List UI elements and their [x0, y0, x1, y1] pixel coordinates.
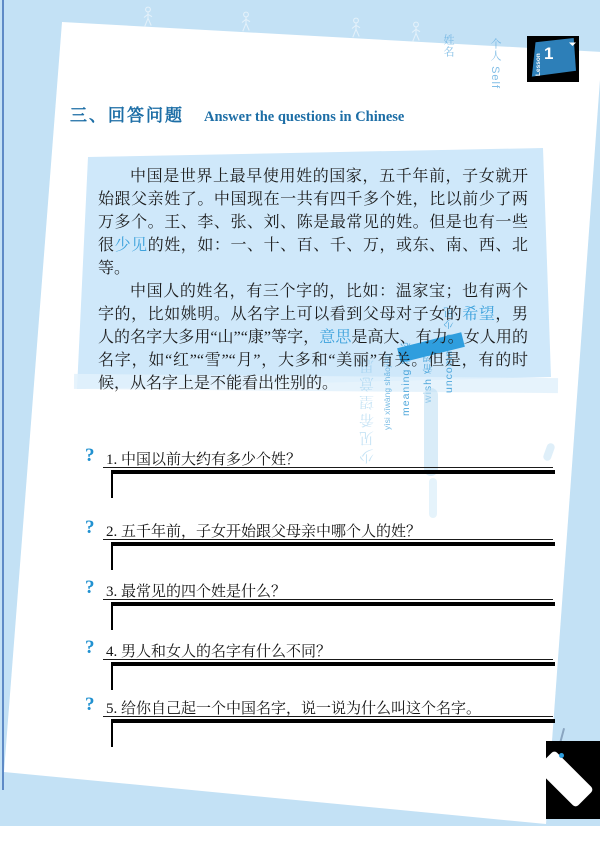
- bottom-corner-badge: [546, 741, 600, 819]
- question-list: ?1. 中国以前大约有多少个姓？?2. 五千年前，子女开始跟父母亲中哪个人的姓？…: [85, 0, 560, 849]
- question-underline: [103, 539, 553, 540]
- question-mark-icon: ?: [85, 694, 95, 716]
- answer-area[interactable]: [111, 719, 555, 747]
- question-underline: [103, 716, 553, 717]
- question-underline: [103, 599, 553, 600]
- left-accent-line: [2, 0, 4, 790]
- tag-hole-icon: [559, 753, 564, 758]
- answer-area[interactable]: [111, 662, 555, 690]
- workbook-page: 姓名 个人 Self Lesson 1 三、回答问题 Answer the qu…: [0, 0, 600, 849]
- question-text: 2. 五千年前，子女开始跟父母亲中哪个人的姓？: [106, 520, 421, 541]
- answer-area[interactable]: [111, 470, 555, 498]
- question-text: 1. 中国以前大约有多少个姓？: [106, 448, 301, 469]
- question-row-1: ?1. 中国以前大约有多少个姓？: [85, 448, 555, 500]
- question-text: 5. 给你自己起一个中国名字，说一说为什么叫这个名字。: [106, 697, 481, 718]
- question-underline: [103, 467, 553, 468]
- question-text: 3. 最常见的四个姓是什么？: [106, 580, 286, 601]
- question-underline: [103, 659, 553, 660]
- question-mark-icon: ?: [85, 637, 95, 659]
- tag-icon: [546, 750, 594, 808]
- answer-area[interactable]: [111, 542, 555, 570]
- question-text: 4. 男人和女人的名字有什么不同？: [106, 640, 331, 661]
- question-mark-icon: ?: [85, 517, 95, 539]
- question-row-5: ?5. 给你自己起一个中国名字，说一说为什么叫这个名字。: [85, 697, 555, 749]
- question-row-2: ?2. 五千年前，子女开始跟父母亲中哪个人的姓？: [85, 520, 555, 572]
- answer-area[interactable]: [111, 602, 555, 630]
- question-row-3: ?3. 最常见的四个姓是什么？: [85, 580, 555, 632]
- question-row-4: ?4. 男人和女人的名字有什么不同？: [85, 640, 555, 692]
- question-mark-icon: ?: [85, 445, 95, 467]
- question-mark-icon: ?: [85, 577, 95, 599]
